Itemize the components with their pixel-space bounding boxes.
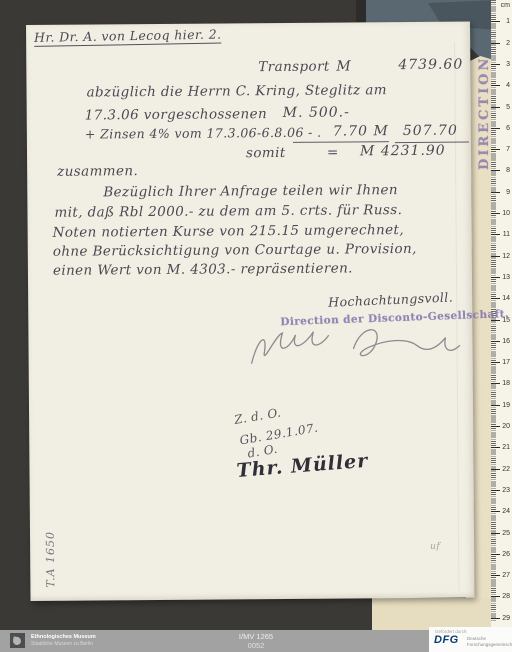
ruler-cm-number: 2 xyxy=(506,40,510,47)
ruler-cm-number: 1 xyxy=(506,18,510,25)
ruler-cm-number: 21 xyxy=(502,444,510,451)
ruler-cm-number: 25 xyxy=(502,530,510,537)
ruler-cm-number: 12 xyxy=(502,253,510,260)
body-line-1: Bezüglich Ihrer Anfrage teilen wir Ihnen xyxy=(103,182,398,200)
ruler-cm-number: 10 xyxy=(502,210,510,217)
ruler-cm-number: 13 xyxy=(502,274,510,281)
ruler-cm-tick xyxy=(491,213,500,214)
somit-label: somit xyxy=(246,145,286,161)
ruler-cm-tick xyxy=(491,192,500,193)
pencil-signature xyxy=(243,313,473,377)
ruler-cm-tick xyxy=(491,256,500,257)
ruler-cm-number: 22 xyxy=(502,466,510,473)
transport-currency: M xyxy=(336,58,351,74)
annotation-zdo: Z. d. O. xyxy=(233,405,282,427)
ruler-cm-tick xyxy=(491,234,500,235)
ruler-cm-tick xyxy=(491,533,500,534)
dfg-logo: DFG xyxy=(434,634,459,646)
ruler-cm-tick xyxy=(491,596,500,597)
ruler-cm-number: 17 xyxy=(502,359,510,366)
ruler-cm-number: 5 xyxy=(506,104,510,111)
ruler-cm-tick xyxy=(491,170,500,171)
body-line-2: mit, daß Rbl 2000.- zu dem am 5. crts. f… xyxy=(54,202,402,221)
annotation-date: Gb. 29.1.07. xyxy=(239,421,320,448)
ruler-cm-number: 14 xyxy=(502,295,510,302)
closing-line: Hochachtungsvoll. xyxy=(328,289,453,309)
ruler-cm-number: 3 xyxy=(506,61,510,68)
ruler-cm-tick xyxy=(491,43,500,44)
dfg-name-line2: Forschungsgemeinschaft xyxy=(467,642,512,647)
ruler-cm-tick xyxy=(491,128,500,129)
zusammen-line: zusammen. xyxy=(57,163,138,180)
ruler-cm-tick xyxy=(491,511,500,512)
body-line-3: Noten notierten Kurse von 215.15 umgerec… xyxy=(53,222,405,241)
ruler-cm-tick xyxy=(491,575,500,576)
ruler-cm-number: 23 xyxy=(502,487,510,494)
body-line-4: ohne Berücksichtigung von Courtage u. Pr… xyxy=(53,241,417,260)
ruler-cm-tick xyxy=(491,362,500,363)
ruler-cm-number: 26 xyxy=(502,551,510,558)
footer-bar: Ethnologisches Museum Staatliche Museen … xyxy=(0,630,512,652)
ruler-cm-tick xyxy=(491,341,500,342)
ruler-cm-tick xyxy=(491,490,500,491)
ruler-cm-number: 6 xyxy=(506,125,510,132)
ruler-cm-tick xyxy=(491,64,500,65)
ruler-cm-number: 29 xyxy=(502,615,510,622)
transport-amount: 4739.60 xyxy=(398,57,463,74)
ruler-cm-number: 9 xyxy=(506,189,510,196)
ruler-cm-number: 27 xyxy=(502,572,510,579)
ruler-cm-number: 19 xyxy=(502,402,510,409)
ruler-unit-label: cm xyxy=(501,2,510,9)
ruler-cm-tick xyxy=(491,107,500,108)
ruler-cm-number: 8 xyxy=(506,167,510,174)
ruler-cm-tick xyxy=(491,383,500,384)
body-line-5: einen Wert von M. 4303.- repräsentieren. xyxy=(53,260,353,278)
interest-total: 507.70 xyxy=(403,123,458,139)
deduct-line-1: abzüglich die Herrn C. Kring, Steglitz a… xyxy=(86,82,387,100)
faint-pencil-mark: uf xyxy=(430,542,440,552)
scan-viewport: DIRECTION cm 123456789101112131415161718… xyxy=(0,0,512,652)
inventory-number-vertical: T.A 1650 xyxy=(44,531,57,588)
page-behind-bottom xyxy=(372,598,492,630)
ruler-cm-number: 16 xyxy=(502,338,510,345)
ruler-cm-number: 24 xyxy=(502,508,510,515)
ruler-cm-number: 4 xyxy=(506,82,510,89)
ruler-cm-tick xyxy=(491,21,500,22)
ruler-cm-tick xyxy=(491,618,500,619)
deduct-line-2: 17.3.06 vorgeschossenen xyxy=(85,106,268,123)
ruler-cm-number: 18 xyxy=(502,380,510,387)
ruler-cm-tick xyxy=(491,469,500,470)
ruler-cm-tick xyxy=(491,298,500,299)
ruler-cm-tick xyxy=(491,554,500,555)
ruler-cm-tick xyxy=(491,426,500,427)
ruler-cm-tick xyxy=(491,447,500,448)
document-page: Hr. Dr. A. von Lecoq hier. 2. Transport … xyxy=(26,22,475,601)
interest-line: + Zinsen 4% vom 17.3.06-6.8.06 - . xyxy=(85,125,322,142)
deduct-amount: M. 500.- xyxy=(283,104,350,121)
interest-amount: 7.70 M xyxy=(333,123,389,139)
dfg-name-line1: Deutsche xyxy=(467,636,486,641)
ruler-cm-number: 11 xyxy=(503,231,510,238)
dfg-panel: Gefördert durch DFG Deutsche Forschungsg… xyxy=(429,627,512,652)
ruler-cm-tick xyxy=(491,85,500,86)
somit-amount: M 4231.90 xyxy=(360,143,446,160)
header-note: Hr. Dr. A. von Lecoq hier. 2. xyxy=(34,26,222,46)
ruler-cm-number: 20 xyxy=(502,423,510,430)
somit-equals: = xyxy=(327,145,339,161)
ruler-cm-number: 7 xyxy=(506,146,510,153)
ruler-cm-number: 28 xyxy=(502,593,510,600)
transport-label: Transport xyxy=(258,59,330,76)
ruler-cm-tick xyxy=(491,149,500,150)
ruler-cm-tick xyxy=(491,405,500,406)
ruler-cm-tick xyxy=(491,277,500,278)
